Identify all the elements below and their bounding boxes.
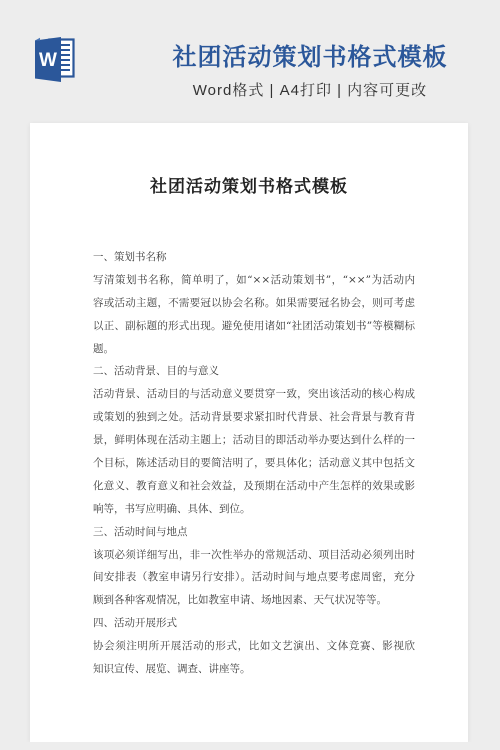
document-line: 容或活动主题，不需要冠以协会名称。如果需要冠名协会，则可考虑 bbox=[93, 292, 415, 315]
document-page: 社团活动策划书格式模板 一、策划书名称写清策划书名称，简单明了，如“××活动策划… bbox=[30, 123, 468, 742]
document-line: 协会须注明所开展活动的形式，比如文艺演出、文体竞赛、影视欣赏、 bbox=[93, 635, 415, 658]
header-text: 社团活动策划书格式模板 Word格式 | A4打印 | 内容可更改 bbox=[120, 44, 500, 100]
document-line: 以正、副标题的形式出现。避免使用诸如“社团活动策划书”等模糊标 bbox=[93, 315, 415, 338]
document-line: 该项必须详细写出，非一次性举办的常规活动、项目活动必须列出时 bbox=[93, 544, 415, 567]
section-heading: 四、活动开展形式 bbox=[93, 612, 415, 635]
document-line: 题。 bbox=[93, 338, 415, 361]
document-line: 景，鲜明体现在活动主题上；活动目的即活动举办要达到什么样的一 bbox=[93, 429, 415, 452]
word-icon: W bbox=[33, 36, 77, 83]
format-subtitle: Word格式 | A4打印 | 内容可更改 bbox=[120, 79, 500, 100]
document-title: 社团活动策划书格式模板 bbox=[30, 123, 468, 198]
document-line: 间安排表（教室申请另行安排）。活动时间与地点要考虑周密，充分 bbox=[93, 566, 415, 589]
section-heading: 三、活动时间与地点 bbox=[93, 521, 415, 544]
section-heading: 一、策划书名称 bbox=[93, 246, 415, 269]
document-line: 个目标，陈述活动目的要简洁明了，要具体化；活动意义其中包括文 bbox=[93, 452, 415, 475]
bottom-strip bbox=[0, 742, 500, 750]
document-line: 知识宣传、展览、调查、讲座等。 bbox=[93, 658, 415, 681]
document-line: 顾到各种客观情况，比如教室申请、场地因素、天气状况等等。 bbox=[93, 589, 415, 612]
document-line: 写清策划书名称，简单明了，如“××活动策划书”，“××”为活动内 bbox=[93, 269, 415, 292]
page-title: 社团活动策划书格式模板 bbox=[120, 44, 500, 72]
document-body: 一、策划书名称写清策划书名称，简单明了，如“××活动策划书”，“××”为活动内容… bbox=[93, 246, 415, 681]
svg-text:W: W bbox=[39, 50, 57, 71]
document-line: 或策划的独到之处。活动背景要求紧扣时代背景、社会背景与教育背 bbox=[93, 406, 415, 429]
document-line: 化意义、教育意义和社会效益，及预期在活动中产生怎样的效果或影 bbox=[93, 475, 415, 498]
document-line: 响等，书写应明确、具体、到位。 bbox=[93, 498, 415, 521]
header: W 社团活动策划书格式模板 Word格式 | A4打印 | 内容可更改 bbox=[0, 0, 500, 123]
document-line: 活动背景、活动目的与活动意义要贯穿一致，突出该活动的核心构成 bbox=[93, 383, 415, 406]
section-heading: 二、活动背景、目的与意义 bbox=[93, 360, 415, 383]
